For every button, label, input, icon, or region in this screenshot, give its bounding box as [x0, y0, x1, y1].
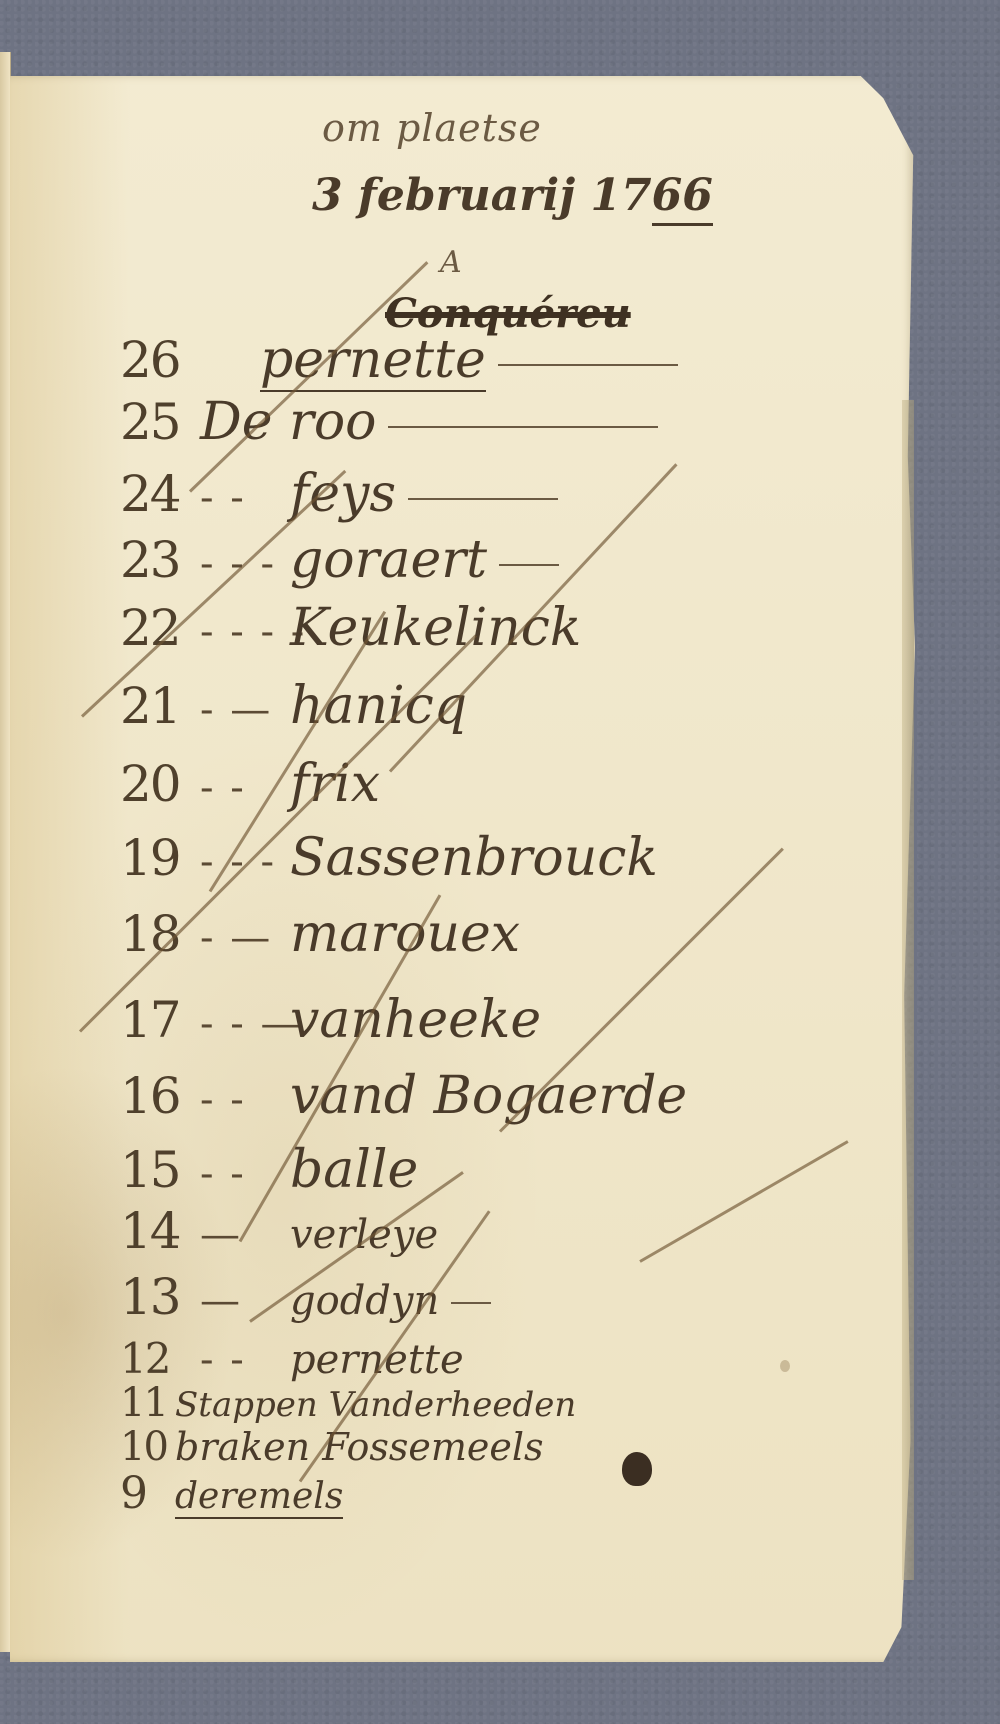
entry-name: vand Bogaerde: [290, 1066, 687, 1126]
entry-dashes: - -: [200, 1337, 290, 1383]
entry-name: Sassenbrouck: [290, 828, 658, 888]
entry-number: 14: [120, 1202, 200, 1260]
list-item: 25 De roo: [120, 392, 880, 462]
entry-number: 12: [120, 1334, 200, 1383]
date-year: 66: [652, 170, 713, 226]
entry-number: 25: [120, 393, 200, 451]
entry-number: 15: [120, 1141, 200, 1199]
paper-stain: [780, 1360, 790, 1372]
entry-name: verleye: [290, 1212, 438, 1258]
page-heading: om plaetse: [322, 106, 542, 150]
entry-trail-line: [408, 498, 558, 500]
entry-dashes: - —: [200, 915, 290, 961]
entry-number: 11: [120, 1380, 175, 1426]
entry-name: braken Fossemeels: [175, 1425, 544, 1469]
facing-page-edge: [0, 52, 11, 1652]
entry-number: 17: [120, 991, 200, 1049]
entry-trail-line: [388, 426, 658, 428]
list-item: 9 deremels: [120, 1468, 880, 1538]
entry-number: 24: [120, 465, 200, 523]
entry-number: 23: [120, 531, 200, 589]
entry-number: 21: [120, 677, 200, 735]
entry-number: 19: [120, 829, 200, 887]
entry-number: 22: [120, 599, 200, 657]
entry-number: 16: [120, 1067, 200, 1125]
insertion-mark: A: [440, 245, 462, 280]
list-item: 14 — verleye: [120, 1202, 880, 1272]
entry-dashes: - - - -: [200, 609, 290, 655]
list-item: 17 - - — vanheeke: [120, 990, 880, 1060]
entry-name: De roo: [200, 392, 376, 452]
entry-dashes: - —: [200, 687, 290, 733]
list-item: 15 - - balle: [120, 1140, 880, 1210]
date-line: 3 februarij 1766: [312, 170, 713, 226]
entry-name: hanicq: [290, 676, 467, 736]
entry-name: vanheeke: [290, 990, 541, 1050]
list-item: 20 - - frix: [120, 754, 880, 824]
entry-number: 10: [120, 1424, 175, 1470]
entry-number: 18: [120, 905, 200, 963]
entry-name: Keukelinck: [290, 598, 581, 658]
entry-name: goraert: [290, 530, 487, 590]
list-item: 21 - — hanicq: [120, 676, 880, 746]
entry-name: Stappen Vanderheeden: [175, 1385, 576, 1425]
entry-name: pernette: [290, 1337, 464, 1383]
ink-blot: [622, 1452, 652, 1486]
entry-trail-line: [451, 1302, 491, 1304]
entry-number: 13: [120, 1268, 200, 1326]
date-prefix: 3 februarij 17: [312, 170, 652, 221]
entry-number: 9: [120, 1468, 175, 1519]
entry-dashes: - -: [200, 765, 290, 811]
entry-name: pernette: [260, 330, 486, 392]
list-item: 22 - - - - Keukelinck: [120, 598, 880, 668]
entry-name: deremels: [175, 1476, 343, 1519]
entry-dashes: - -: [200, 1077, 290, 1123]
list-item: 13 — goddyn: [120, 1268, 880, 1338]
entry-dashes: - -: [200, 475, 290, 521]
list-item: 18 - — marouex: [120, 904, 880, 974]
entry-number: 26: [120, 331, 200, 389]
list-item: 16 - - vand Bogaerde: [120, 1066, 880, 1136]
entry-dashes: - - —: [200, 1001, 290, 1047]
entry-trail-line: [499, 564, 559, 566]
entry-number: 20: [120, 755, 200, 813]
entry-trail-line: [498, 364, 678, 366]
list-item: 23 - - - goraert: [120, 530, 880, 600]
page-fore-edge: [902, 400, 914, 1580]
list-item: 26 pernette: [120, 330, 880, 400]
entry-dashes: - - -: [200, 839, 290, 885]
list-item: 24 - - feys: [120, 464, 880, 534]
entry-name: balle: [290, 1140, 418, 1200]
